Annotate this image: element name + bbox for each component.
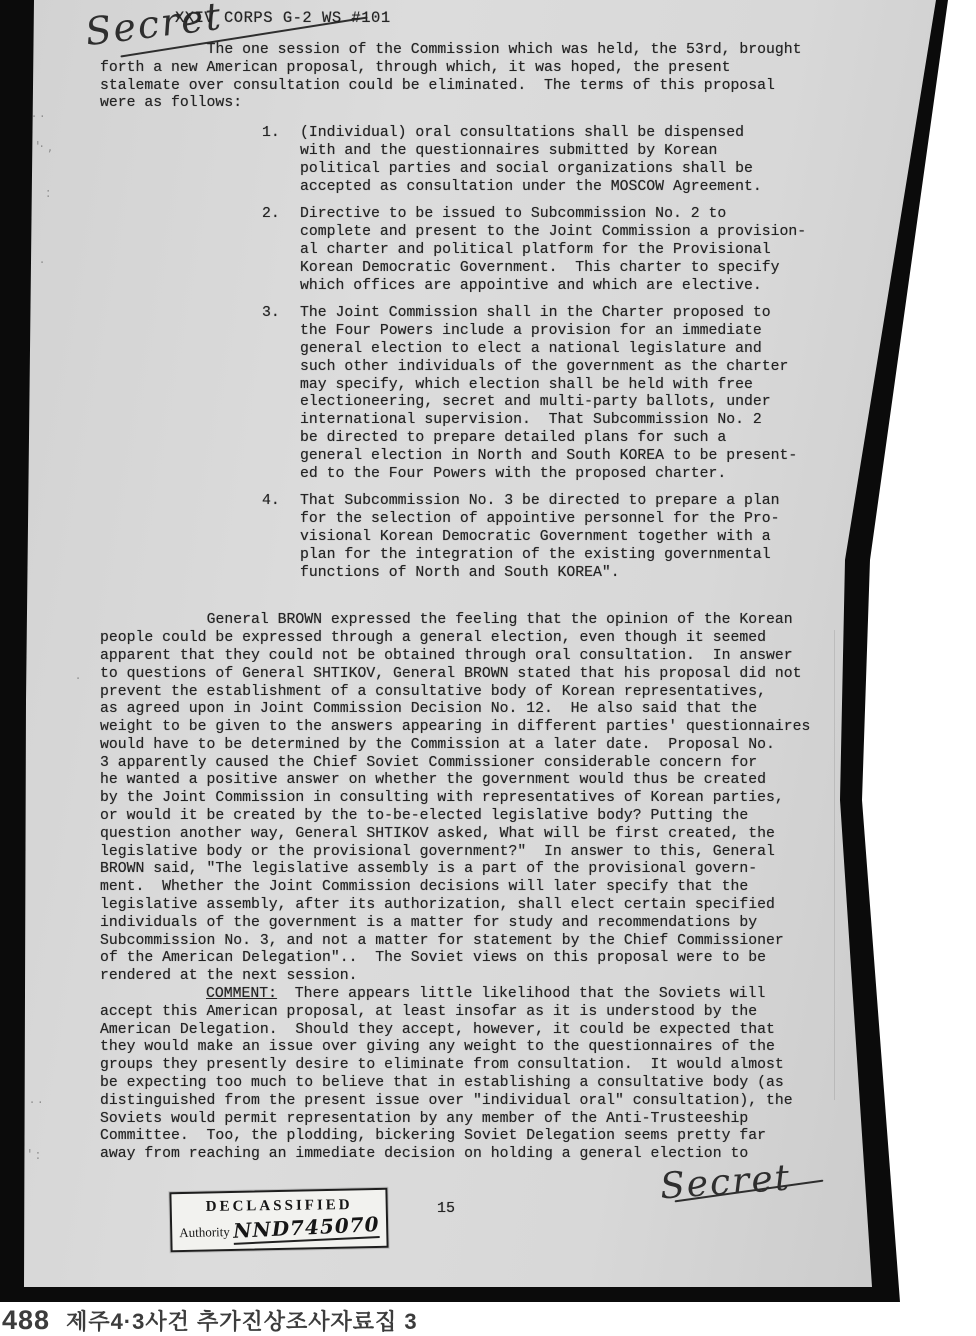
list-item-number: 1.	[262, 125, 282, 196]
stamp-declassified-text: DECLASSIFIED	[205, 1197, 352, 1216]
caption-page-number: 488	[2, 1305, 50, 1336]
list-item-text: That Subcommission No. 3 be directed to …	[300, 493, 900, 582]
list-item: 4. That Subcommission No. 3 be directed …	[262, 493, 900, 582]
list-item: 1. (Individual) oral consultations shall…	[262, 125, 900, 196]
pencil-mark: :	[46, 186, 50, 201]
paper-crease-line	[834, 630, 835, 1100]
pencil-mark: ·	[40, 256, 44, 271]
comment-label: COMMENT:	[206, 986, 277, 1002]
document-header: XXIV CORPS G-2 WS #101	[175, 10, 391, 28]
list-item: 3. The Joint Commission shall in the Cha…	[262, 305, 900, 483]
list-item-text: Directive to be issued to Subcommission …	[300, 206, 900, 295]
list-item: 2. Directive to be issued to Subcommissi…	[262, 206, 900, 295]
list-item-text: The Joint Commission shall in the Charte…	[300, 305, 900, 483]
numbered-list: 1. (Individual) oral consultations shall…	[100, 125, 900, 582]
book-caption: 488 제주4·3사건 추가진상조사자료집 3	[2, 1305, 418, 1336]
pencil-mark: ·	[76, 672, 80, 687]
opening-paragraph: The one session of the Commission which …	[100, 42, 900, 113]
pencil-mark: '· ,	[36, 140, 52, 155]
pencil-mark: · ·	[30, 1096, 42, 1111]
pencil-mark: · ·	[32, 110, 44, 125]
list-item-number: 4.	[262, 493, 282, 582]
stamp-authority-label: Authority	[179, 1224, 230, 1241]
stamp-authority-value: NND745070	[232, 1212, 379, 1245]
page-number: 15	[437, 1200, 455, 1218]
stamp-authority-line: Authority NND745070	[179, 1214, 379, 1244]
pencil-mark: ' :	[28, 1148, 40, 1163]
document-paper: Secret XXIV CORPS G-2 WS #101 The one se…	[24, 0, 942, 1287]
list-item-text: (Individual) oral consultations shall be…	[300, 125, 900, 196]
caption-title: 제주4·3사건 추가진상조사자료집 3	[66, 1305, 418, 1336]
list-item-number: 3.	[262, 305, 282, 483]
discussion-paragraph: General BROWN expressed the feeling that…	[100, 612, 900, 986]
comment-paragraph: COMMENT: There appears little likelihood…	[100, 986, 900, 1164]
document-body: The one session of the Commission which …	[100, 42, 900, 1164]
declassified-stamp: DECLASSIFIED Authority NND745070	[169, 1188, 388, 1253]
comment-text: There appears little likelihood that the…	[100, 986, 793, 1162]
scanned-document-photo: Secret XXIV CORPS G-2 WS #101 The one se…	[0, 0, 950, 1302]
list-item-number: 2.	[262, 206, 282, 295]
